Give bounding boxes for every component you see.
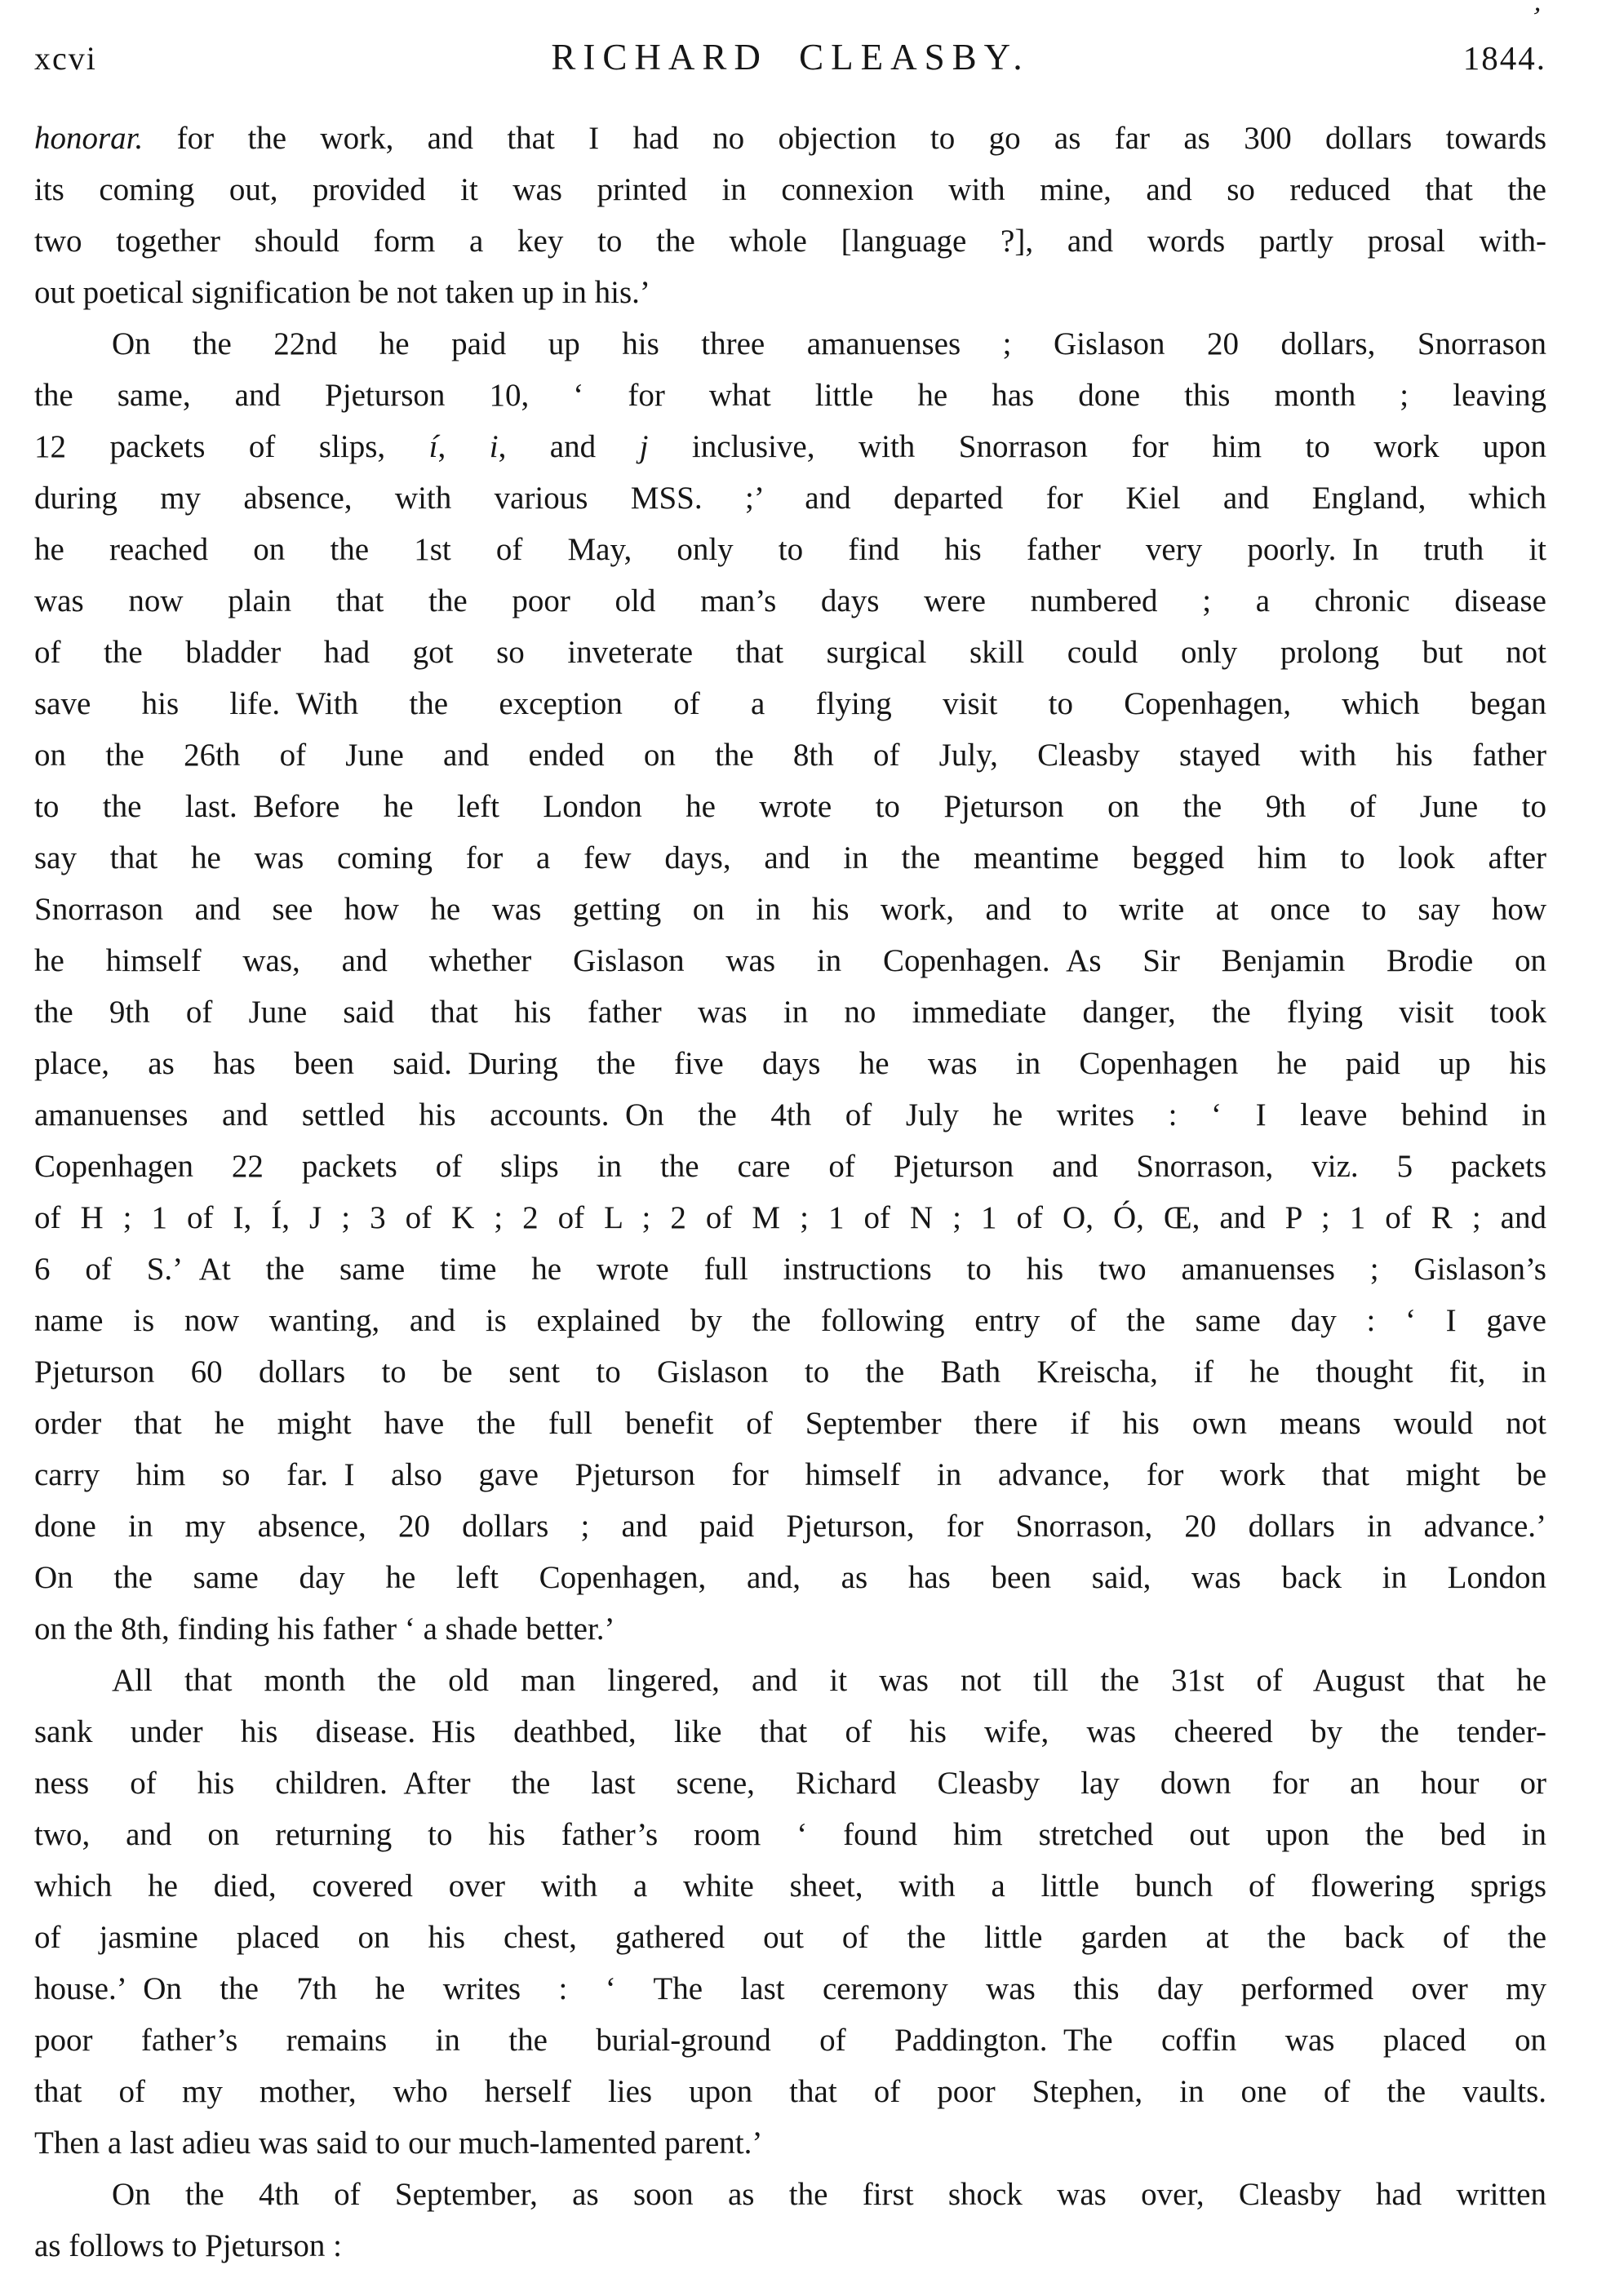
text-line: All that month the old man lingered, and… <box>34 1655 1546 1706</box>
text-line: 6 of S.’ At the same time he wrote full … <box>34 1243 1546 1295</box>
text-line: ness of his children. After the last sce… <box>34 1757 1546 1809</box>
text-line: On the 22nd he paid up his three amanuen… <box>34 318 1546 370</box>
text-line: Copenhagen 22 packets of slips in the ca… <box>34 1141 1546 1192</box>
text-line: during my absence, with various MSS. ;’ … <box>34 472 1546 524</box>
text-line: was now plain that the poor old man’s da… <box>34 575 1546 627</box>
text-line: honorar. for the work, and that I had no… <box>34 113 1546 164</box>
text-line: house.’ On the 7th he writes : ‘ The las… <box>34 1963 1546 2015</box>
text-line: amanuenses and settled his accounts. On … <box>34 1089 1546 1141</box>
text-line: done in my absence, 20 dollars ; and pai… <box>34 1500 1546 1552</box>
text-line: of the bladder had got so inveterate tha… <box>34 627 1546 678</box>
text-line: out poetical signification be not taken … <box>34 267 1546 318</box>
text-block: honorar. for the work, and that I had no… <box>34 113 1546 2272</box>
text-line: that of my mother, who herself lies upon… <box>34 2066 1546 2117</box>
text-line: of jasmine placed on his chest, gathered… <box>34 1912 1546 1963</box>
text-line: as follows to Pjeturson : <box>34 2220 1546 2272</box>
book-page: xcvi RICHARD CLEASBY. ’ 1844. honorar. f… <box>0 0 1615 2296</box>
text-line: On the same day he left Copenhagen, and,… <box>34 1552 1546 1603</box>
page-year: 1844. <box>1463 39 1546 77</box>
page-title: RICHARD CLEASBY. <box>551 36 1029 78</box>
year-wrap: ’ 1844. <box>1463 38 1546 78</box>
text-line: two together should form a key to the wh… <box>34 215 1546 267</box>
text-line: the 9th of June said that his father was… <box>34 986 1546 1038</box>
text-line: the same, and Pjeturson 10, ‘ for what l… <box>34 370 1546 421</box>
text-line: Snorrason and see how he was getting on … <box>34 884 1546 935</box>
text-line: order that he might have the full benefi… <box>34 1398 1546 1449</box>
text-line: on the 8th, finding his father ‘ a shade… <box>34 1603 1546 1655</box>
text-line: poor father’s remains in the burial-grou… <box>34 2015 1546 2066</box>
text-line: say that he was coming for a few days, a… <box>34 832 1546 884</box>
text-line: he reached on the 1st of May, only to fi… <box>34 524 1546 575</box>
page-number: xcvi <box>34 39 97 78</box>
text-line: of H ; 1 of I, Í, J ; 3 of K ; 2 of L ; … <box>34 1192 1546 1243</box>
text-line: On the 4th of September, as soon as the … <box>34 2169 1546 2220</box>
text-line: sank under his disease. His deathbed, li… <box>34 1706 1546 1757</box>
text-line: place, as has been said. During the five… <box>34 1038 1546 1089</box>
text-line: he himself was, and whether Gislason was… <box>34 935 1546 986</box>
text-line: name is now wanting, and is explained by… <box>34 1295 1546 1346</box>
text-line: 12 packets of slips, í, i, and j inclusi… <box>34 421 1546 472</box>
text-line: on the 26th of June and ended on the 8th… <box>34 729 1546 781</box>
text-line: which he died, covered over with a white… <box>34 1860 1546 1912</box>
text-line: save his life. With the exception of a f… <box>34 678 1546 729</box>
text-line: Pjeturson 60 dollars to be sent to Gisla… <box>34 1346 1546 1398</box>
running-header: xcvi RICHARD CLEASBY. ’ 1844. <box>34 36 1546 78</box>
text-line: Then a last adieu was said to our much-l… <box>34 2117 1546 2169</box>
text-line: its coming out, provided it was printed … <box>34 164 1546 215</box>
text-line: carry him so far. I also gave Pjeturson … <box>34 1449 1546 1500</box>
text-line: to the last. Before he left London he wr… <box>34 781 1546 832</box>
ink-mark: ’ <box>1528 2 1545 34</box>
text-line: two, and on returning to his father’s ro… <box>34 1809 1546 1860</box>
